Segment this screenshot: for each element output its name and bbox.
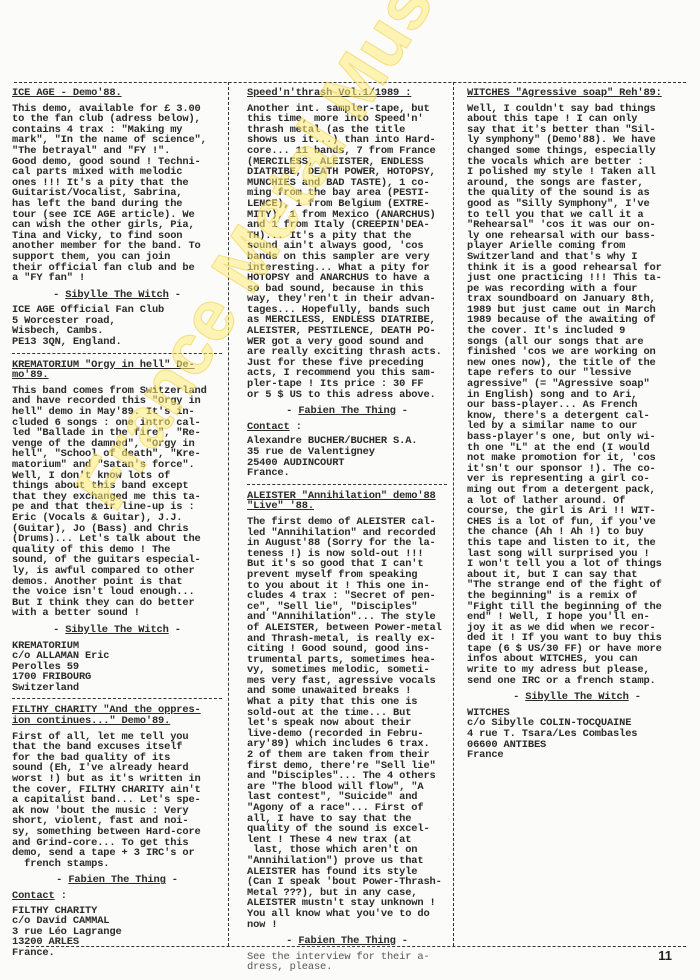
reviewer-name: Sibylle The Witch (65, 289, 168, 301)
reviewer-name: Fabien The Thing (298, 405, 395, 417)
column-left: ICE AGE - Demo'88.This demo, available f… (12, 88, 222, 963)
review-text-line: matorium" and "Satan's force". (12, 460, 222, 471)
review-body: This band comes from Switzerlandand have… (12, 386, 222, 619)
review-text-line: core... 11 bands, 7 from France (247, 146, 447, 157)
review-text-line: prevent myself from speaking (247, 570, 447, 581)
reviewer-name: Sibylle The Witch (525, 691, 628, 703)
reviewer-name: Sibylle The Witch (65, 624, 168, 636)
review-text-line: "The betrayal" and "FY !". (12, 146, 222, 157)
review-text-line: now ! (247, 920, 447, 931)
article-separator (12, 698, 222, 699)
review-text-line: You all know what you've to do (247, 909, 447, 920)
contact-heading: Contact : (247, 422, 447, 433)
zine-page: ICE AGE - Demo'88.This demo, available f… (0, 0, 700, 980)
review-text-line: with a better sound ! (12, 608, 222, 619)
contact-address: WITCHESc/o Sibylle COLIN-TOCQUAINE4 rue … (467, 708, 687, 761)
address-line: France (467, 750, 687, 761)
column-divider-right (453, 82, 454, 946)
review-title: KREMATORIUM "Orgy in hell" De- mo'89. (12, 360, 222, 381)
contact-label: Contact (247, 421, 290, 433)
address-line: PE13 3QN, England. (12, 337, 222, 348)
address-line: France. (12, 948, 222, 959)
address-line: Switzerland (12, 683, 222, 694)
review-text-line: "Agony of a race"... First of (247, 803, 447, 814)
contact-address: FILTHY CHARITYc/o David CAMMAL3 rue Léo … (12, 906, 222, 959)
review-text-line: good as "Silly Symphony", I've (467, 199, 687, 210)
review-body: This demo, available for £ 3.00to the fa… (12, 104, 222, 284)
page-number: 11 (658, 948, 672, 963)
review-article: FILTHY CHARITY "And the oppres- ion cont… (12, 705, 222, 958)
review-signature: - Sibylle The Witch - (467, 692, 687, 703)
review-text-line: or 5 $ US to this adress above. (247, 390, 447, 401)
review-article: ALEISTER "Annihilation" demo'88 "Live" '… (247, 491, 447, 973)
review-title: FILTHY CHARITY "And the oppres- ion cont… (12, 705, 222, 726)
review-text-line: of ALEISTER, between Power-metal (247, 623, 447, 634)
review-text-line: "Annihilation") prove us that (247, 856, 447, 867)
footer-line: dress, please. (247, 962, 447, 973)
review-text-line: changed some things, especially (467, 146, 687, 157)
review-signature: - Fabien The Thing - (247, 406, 447, 417)
review-body: First of all, let me tell youthat the ba… (12, 732, 222, 870)
contact-label: Contact (12, 890, 55, 902)
review-signature: - Sibylle The Witch - (12, 290, 222, 301)
review-text-line: a "FY fan" ! (12, 273, 222, 284)
review-text-line: ly, is awful compared to other (12, 566, 222, 577)
article-separator (12, 353, 222, 354)
review-signature: - Fabien The Thing - (12, 875, 222, 886)
review-text-line: french stamps. (12, 859, 222, 870)
review-text-line: support them, you can join (12, 252, 222, 263)
reviewer-name: Fabien The Thing (68, 874, 165, 886)
review-article: ICE AGE - Demo'88.This demo, available f… (12, 88, 222, 348)
review-text-line: The first demo of ALEISTER cal- (247, 517, 447, 528)
contact-heading: Contact : (12, 891, 222, 902)
review-body: Well, I couldn't say bad thingsabout thi… (467, 104, 687, 687)
review-text-line: bands on this sampler are very (247, 252, 447, 263)
review-title: ALEISTER "Annihilation" demo'88 "Live" '… (247, 491, 447, 512)
review-article: KREMATORIUM "Orgy in hell" De- mo'89.Thi… (12, 360, 222, 694)
review-body: Another int. sampler-tape, butthis time,… (247, 104, 447, 401)
review-text-line: has left the band during the (12, 199, 222, 210)
review-text-line: this tape and listen to it, the (467, 538, 687, 549)
top-dashed-rule (14, 82, 686, 83)
review-text-line: sy, something between Hard-core (12, 827, 222, 838)
review-article: Speed'n'thrash Vol.1/1989 :Another int. … (247, 88, 447, 479)
review-text-line: LENCE), 1 from Belgium (EXTRE- (247, 199, 447, 210)
review-body: The first demo of ALEISTER cal-led "Anni… (247, 517, 447, 930)
review-text-line: Eric (Vocals & Guitar), J.J. (12, 513, 222, 524)
article-separator (247, 484, 447, 485)
review-text-line: bass-player's one, but only wi- (467, 432, 687, 443)
review-article: WITCHES "Agressive soap" Reh'89:Well, I … (467, 88, 687, 761)
address-line: 35 rue de Valentigney (247, 447, 447, 458)
review-signature: - Sibylle The Witch - (12, 625, 222, 636)
review-title: Speed'n'thrash Vol.1/1989 : (247, 88, 447, 99)
review-title: WITCHES "Agressive soap" Reh'89: (467, 88, 687, 99)
contact-address: Alexandre BUCHER/BUCHER S.A.35 rue de Va… (247, 436, 447, 478)
review-footer-note: See the interview for their a-dress, ple… (247, 952, 447, 973)
contact-address: KREMATORIUMc/o ALLAMAN EricPerolles 5917… (12, 641, 222, 694)
reviewer-name: Fabien The Thing (298, 935, 395, 947)
review-text-line: the beginning" is a remix of (467, 591, 687, 602)
review-text-line: send one IRC or a french stamp. (467, 676, 687, 687)
review-text-line: ming out from a detergent pack, (467, 485, 687, 496)
address-line: France. (247, 468, 447, 479)
review-text-line: Switzerland and that's why I (467, 252, 687, 263)
review-signature: - Fabien The Thing - (247, 936, 447, 947)
column-middle: Speed'n'thrash Vol.1/1989 :Another int. … (247, 88, 447, 977)
review-title: ICE AGE - Demo'88. (12, 88, 222, 99)
contact-address: ICE AGE Official Fan Club5 Worcester roa… (12, 305, 222, 347)
column-right: WITCHES "Agressive soap" Reh'89:Well, I … (467, 88, 687, 765)
column-divider-left (228, 82, 229, 946)
